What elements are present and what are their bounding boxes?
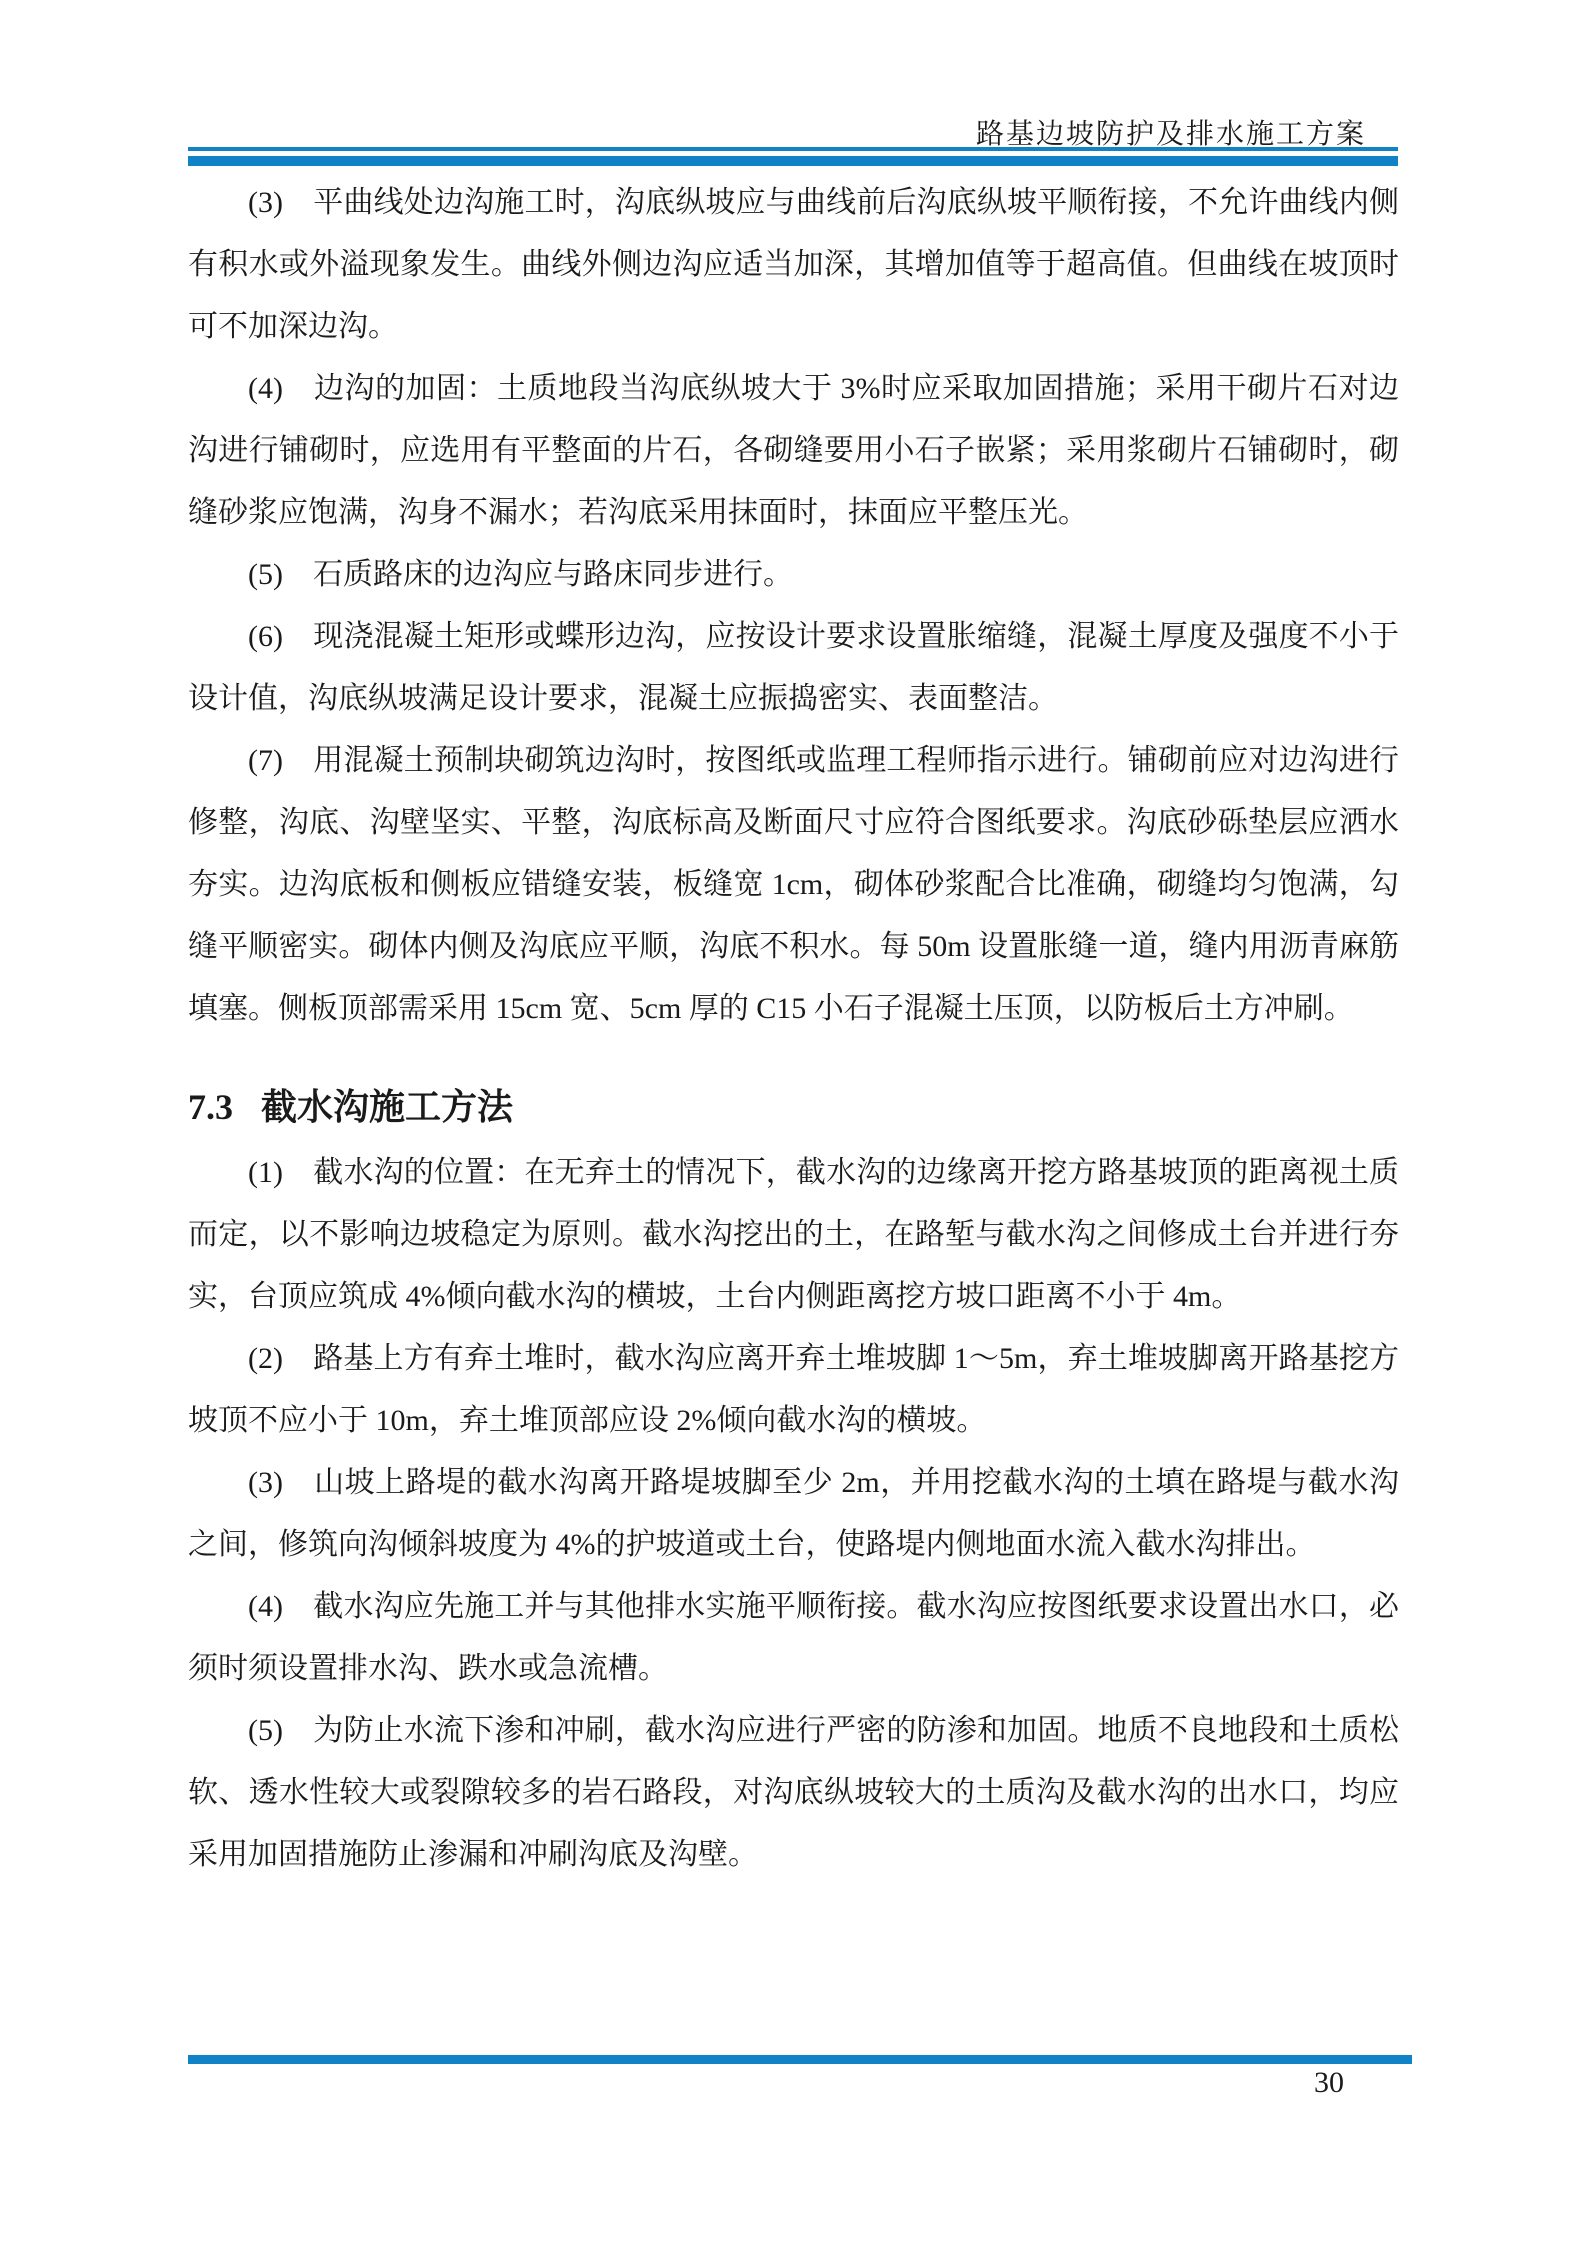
- paragraph-edge-ditch-6: (6) 现浇混凝土矩形或蝶形边沟，应按设计要求设置胀缩缝，混凝土厚度及强度不小于…: [188, 606, 1399, 730]
- header-rule-thin: [188, 147, 1398, 151]
- paragraph-edge-ditch-5: (5) 石质路床的边沟应与路床同步进行。: [188, 544, 1399, 606]
- paragraph-edge-ditch-7: (7) 用混凝土预制块砌筑边沟时，按图纸或监理工程师指示进行。铺砌前应对边沟进行…: [188, 730, 1399, 1040]
- section-number: 7.3: [188, 1087, 233, 1127]
- header-doc-title: 路基边坡防护及排水施工方案: [188, 112, 1366, 152]
- footer-rule: [188, 2055, 1412, 2064]
- paragraph-intercepting-ditch-3: (3) 山坡上路堤的截水沟离开路堤坡脚至少 2m，并用挖截水沟的土填在路堤与截水…: [188, 1452, 1399, 1576]
- paragraph-intercepting-ditch-4: (4) 截水沟应先施工并与其他排水实施平顺衔接。截水沟应按图纸要求设置出水口，必…: [188, 1576, 1399, 1700]
- paragraph-edge-ditch-4: (4) 边沟的加固：土质地段当沟底纵坡大于 3%时应采取加固措施；采用干砌片石对…: [188, 358, 1399, 544]
- paragraph-intercepting-ditch-1: (1) 截水沟的位置：在无弃土的情况下，截水沟的边缘离开挖方路基坡顶的距离视土质…: [188, 1142, 1399, 1328]
- paragraph-edge-ditch-3: (3) 平曲线处边沟施工时，沟底纵坡应与曲线前后沟底纵坡平顺衔接，不允许曲线内侧…: [188, 172, 1399, 358]
- paragraph-intercepting-ditch-2: (2) 路基上方有弃土堆时，截水沟应离开弃土堆坡脚 1～5m，弃土堆坡脚离开路基…: [188, 1328, 1399, 1452]
- page-number: 30: [188, 2066, 1399, 2100]
- header-rule-thick: [188, 156, 1398, 166]
- section-heading: 7.3截水沟施工方法: [188, 1076, 1399, 1138]
- document-page: 路基边坡防护及排水施工方案 (3) 平曲线处边沟施工时，沟底纵坡应与曲线前后沟底…: [0, 0, 1587, 2245]
- section-title: 截水沟施工方法: [261, 1087, 513, 1127]
- document-body: (3) 平曲线处边沟施工时，沟底纵坡应与曲线前后沟底纵坡平顺衔接，不允许曲线内侧…: [188, 172, 1399, 1886]
- paragraph-intercepting-ditch-5: (5) 为防止水流下渗和冲刷，截水沟应进行严密的防渗和加固。地质不良地段和土质松…: [188, 1700, 1399, 1886]
